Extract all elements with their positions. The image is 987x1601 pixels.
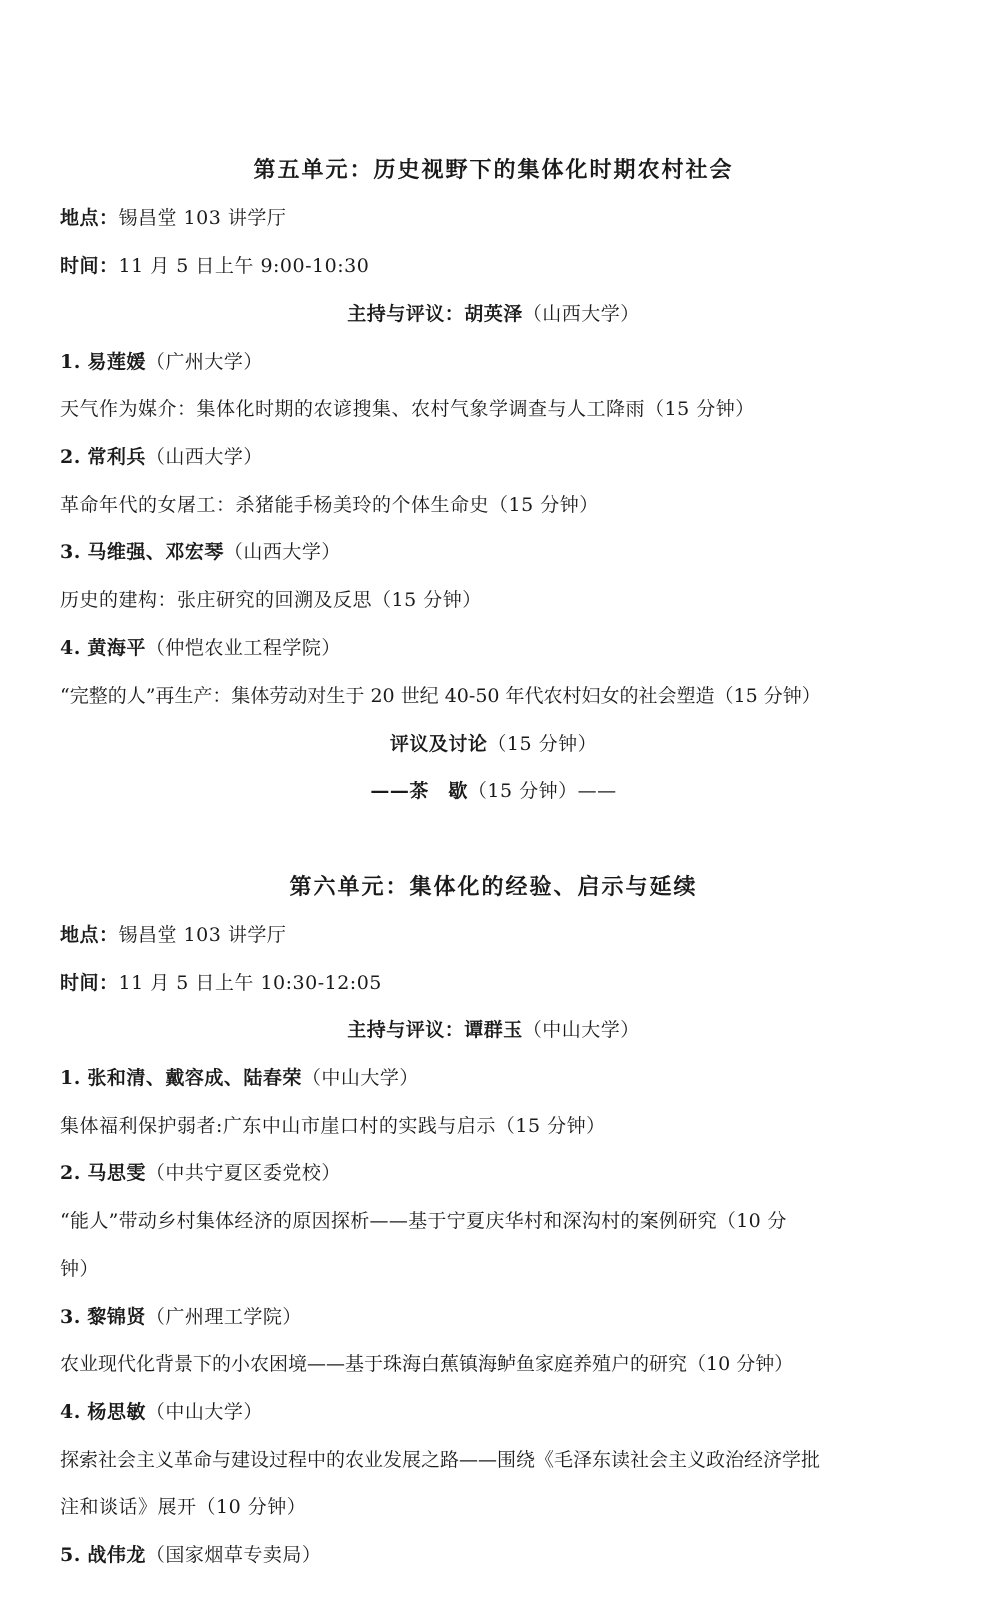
location-value: 锡昌堂 103 讲学厅 <box>119 924 287 946</box>
paper-authors: 易莲媛 <box>87 351 146 373</box>
session-5-title: 第五单元：历史视野下的集体化时期农村社会 <box>0 156 987 184</box>
discussion-time: （15 分钟） <box>487 733 597 755</box>
paper-number: 4. <box>60 637 81 659</box>
paper-title: 天气作为媒介：集体化时期的农谚搜集、农村气象学调查与人工降雨（15 分钟） <box>60 395 755 423</box>
paper-authors: 常利兵 <box>87 446 146 468</box>
time-label: 时间： <box>60 972 119 994</box>
paper-author-line: 5. 战伟龙（国家烟草专卖局） <box>60 1541 321 1569</box>
paper-author-line: 1. 张和清、戴容成、陆春荣（中山大学） <box>60 1064 419 1092</box>
paper-authors: 马思雯 <box>87 1162 146 1184</box>
host-affiliation: （山西大学） <box>523 303 640 325</box>
session-6-time: 时间：11 月 5 日上午 10:30-12:05 <box>60 969 382 997</box>
host-label: 主持与评议： <box>347 303 464 325</box>
location-label: 地点： <box>60 924 119 946</box>
paper-affiliation: （山西大学） <box>224 541 341 563</box>
paper-number: 2. <box>60 1162 81 1184</box>
paper-affiliation: （中共宁夏区委党校） <box>146 1162 341 1184</box>
session-5-location: 地点：锡昌堂 103 讲学厅 <box>60 204 286 232</box>
paper-affiliation: （仲恺农业工程学院） <box>146 637 341 659</box>
paper-title: 历史的建构：张庄研究的回溯及反思（15 分钟） <box>60 586 482 614</box>
paper-affiliation: （广州大学） <box>146 351 263 373</box>
host-name: 胡英泽 <box>464 303 523 325</box>
conference-schedule-page: 第五单元：历史视野下的集体化时期农村社会 地点：锡昌堂 103 讲学厅 时间：1… <box>0 0 987 1601</box>
paper-affiliation: （山西大学） <box>146 446 263 468</box>
paper-authors: 马维强、邓宏琴 <box>87 541 224 563</box>
session-6-host: 主持与评议：谭群玉（中山大学） <box>0 1016 987 1044</box>
paper-title: 集体福利保护弱者:广东中山市崖口村的实践与启示（15 分钟） <box>60 1112 606 1140</box>
location-value: 锡昌堂 103 讲学厅 <box>119 207 287 229</box>
paper-author-line: 3. 马维强、邓宏琴（山西大学） <box>60 538 341 566</box>
dash-right: —— <box>578 780 617 802</box>
paper-number: 3. <box>60 541 81 563</box>
paper-authors: 黄海平 <box>87 637 146 659</box>
paper-affiliation: （中山大学） <box>302 1067 419 1089</box>
paper-number: 3. <box>60 1306 81 1328</box>
time-label: 时间： <box>60 255 119 277</box>
paper-title: “能人”带动乡村集体经济的原因探析——基于宁夏庆华村和深沟村的案例研究（10 分 <box>60 1207 787 1235</box>
location-label: 地点： <box>60 207 119 229</box>
paper-author-line: 3. 黎锦贤（广州理工学院） <box>60 1303 302 1331</box>
host-name: 谭群玉 <box>464 1019 523 1041</box>
paper-title: 革命年代的女屠工：杀猪能手杨美玲的个体生命史（15 分钟） <box>60 491 599 519</box>
paper-title-continued: 钟） <box>60 1255 99 1283</box>
session-6-location: 地点：锡昌堂 103 讲学厅 <box>60 921 286 949</box>
paper-title: 农业现代化背景下的小农困境——基于珠海白蕉镇海鲈鱼家庭养殖户的研究（10 分钟） <box>60 1350 793 1378</box>
paper-affiliation: （广州理工学院） <box>146 1306 302 1328</box>
discussion-line: 评议及讨论（15 分钟） <box>0 730 987 758</box>
paper-authors: 战伟龙 <box>87 1544 146 1566</box>
paper-title: 探索社会主义革命与建设过程中的农业发展之路——围绕《毛泽东读社会主义政治经济学批 <box>60 1446 820 1474</box>
session-6-title: 第六单元：集体化的经验、启示与延续 <box>0 873 987 901</box>
paper-authors: 杨思敏 <box>87 1401 146 1423</box>
paper-number: 2. <box>60 446 81 468</box>
paper-authors: 黎锦贤 <box>87 1306 146 1328</box>
tea-break-time: （15 分钟） <box>468 780 578 802</box>
paper-affiliation: （国家烟草专卖局） <box>146 1544 322 1566</box>
paper-title: “完整的人”再生产：集体劳动对生于 20 世纪 40-50 年代农村妇女的社会塑… <box>60 682 821 710</box>
tea-break-label: 茶 歇 <box>409 780 468 802</box>
paper-author-line: 4. 黄海平（仲恺农业工程学院） <box>60 634 341 662</box>
paper-number: 1. <box>60 1067 81 1089</box>
time-value: 11 月 5 日上午 9:00-10:30 <box>119 255 370 277</box>
tea-break-line: ——茶 歇（15 分钟）—— <box>0 777 987 805</box>
paper-affiliation: （中山大学） <box>146 1401 263 1423</box>
paper-title-continued: 注和谈话》展开（10 分钟） <box>60 1493 306 1521</box>
paper-number: 1. <box>60 351 81 373</box>
session-5-time: 时间：11 月 5 日上午 9:00-10:30 <box>60 252 369 280</box>
time-value: 11 月 5 日上午 10:30-12:05 <box>119 972 382 994</box>
paper-number: 5. <box>60 1544 81 1566</box>
host-label: 主持与评议： <box>347 1019 464 1041</box>
dash-left: —— <box>370 780 409 802</box>
paper-authors: 张和清、戴容成、陆春荣 <box>87 1067 302 1089</box>
paper-author-line: 4. 杨思敏（中山大学） <box>60 1398 263 1426</box>
paper-author-line: 2. 常利兵（山西大学） <box>60 443 263 471</box>
paper-author-line: 2. 马思雯（中共宁夏区委党校） <box>60 1159 341 1187</box>
paper-number: 4. <box>60 1401 81 1423</box>
paper-author-line: 1. 易莲媛（广州大学） <box>60 348 263 376</box>
session-5-host: 主持与评议：胡英泽（山西大学） <box>0 300 987 328</box>
host-affiliation: （中山大学） <box>523 1019 640 1041</box>
discussion-label: 评议及讨论 <box>390 733 488 755</box>
